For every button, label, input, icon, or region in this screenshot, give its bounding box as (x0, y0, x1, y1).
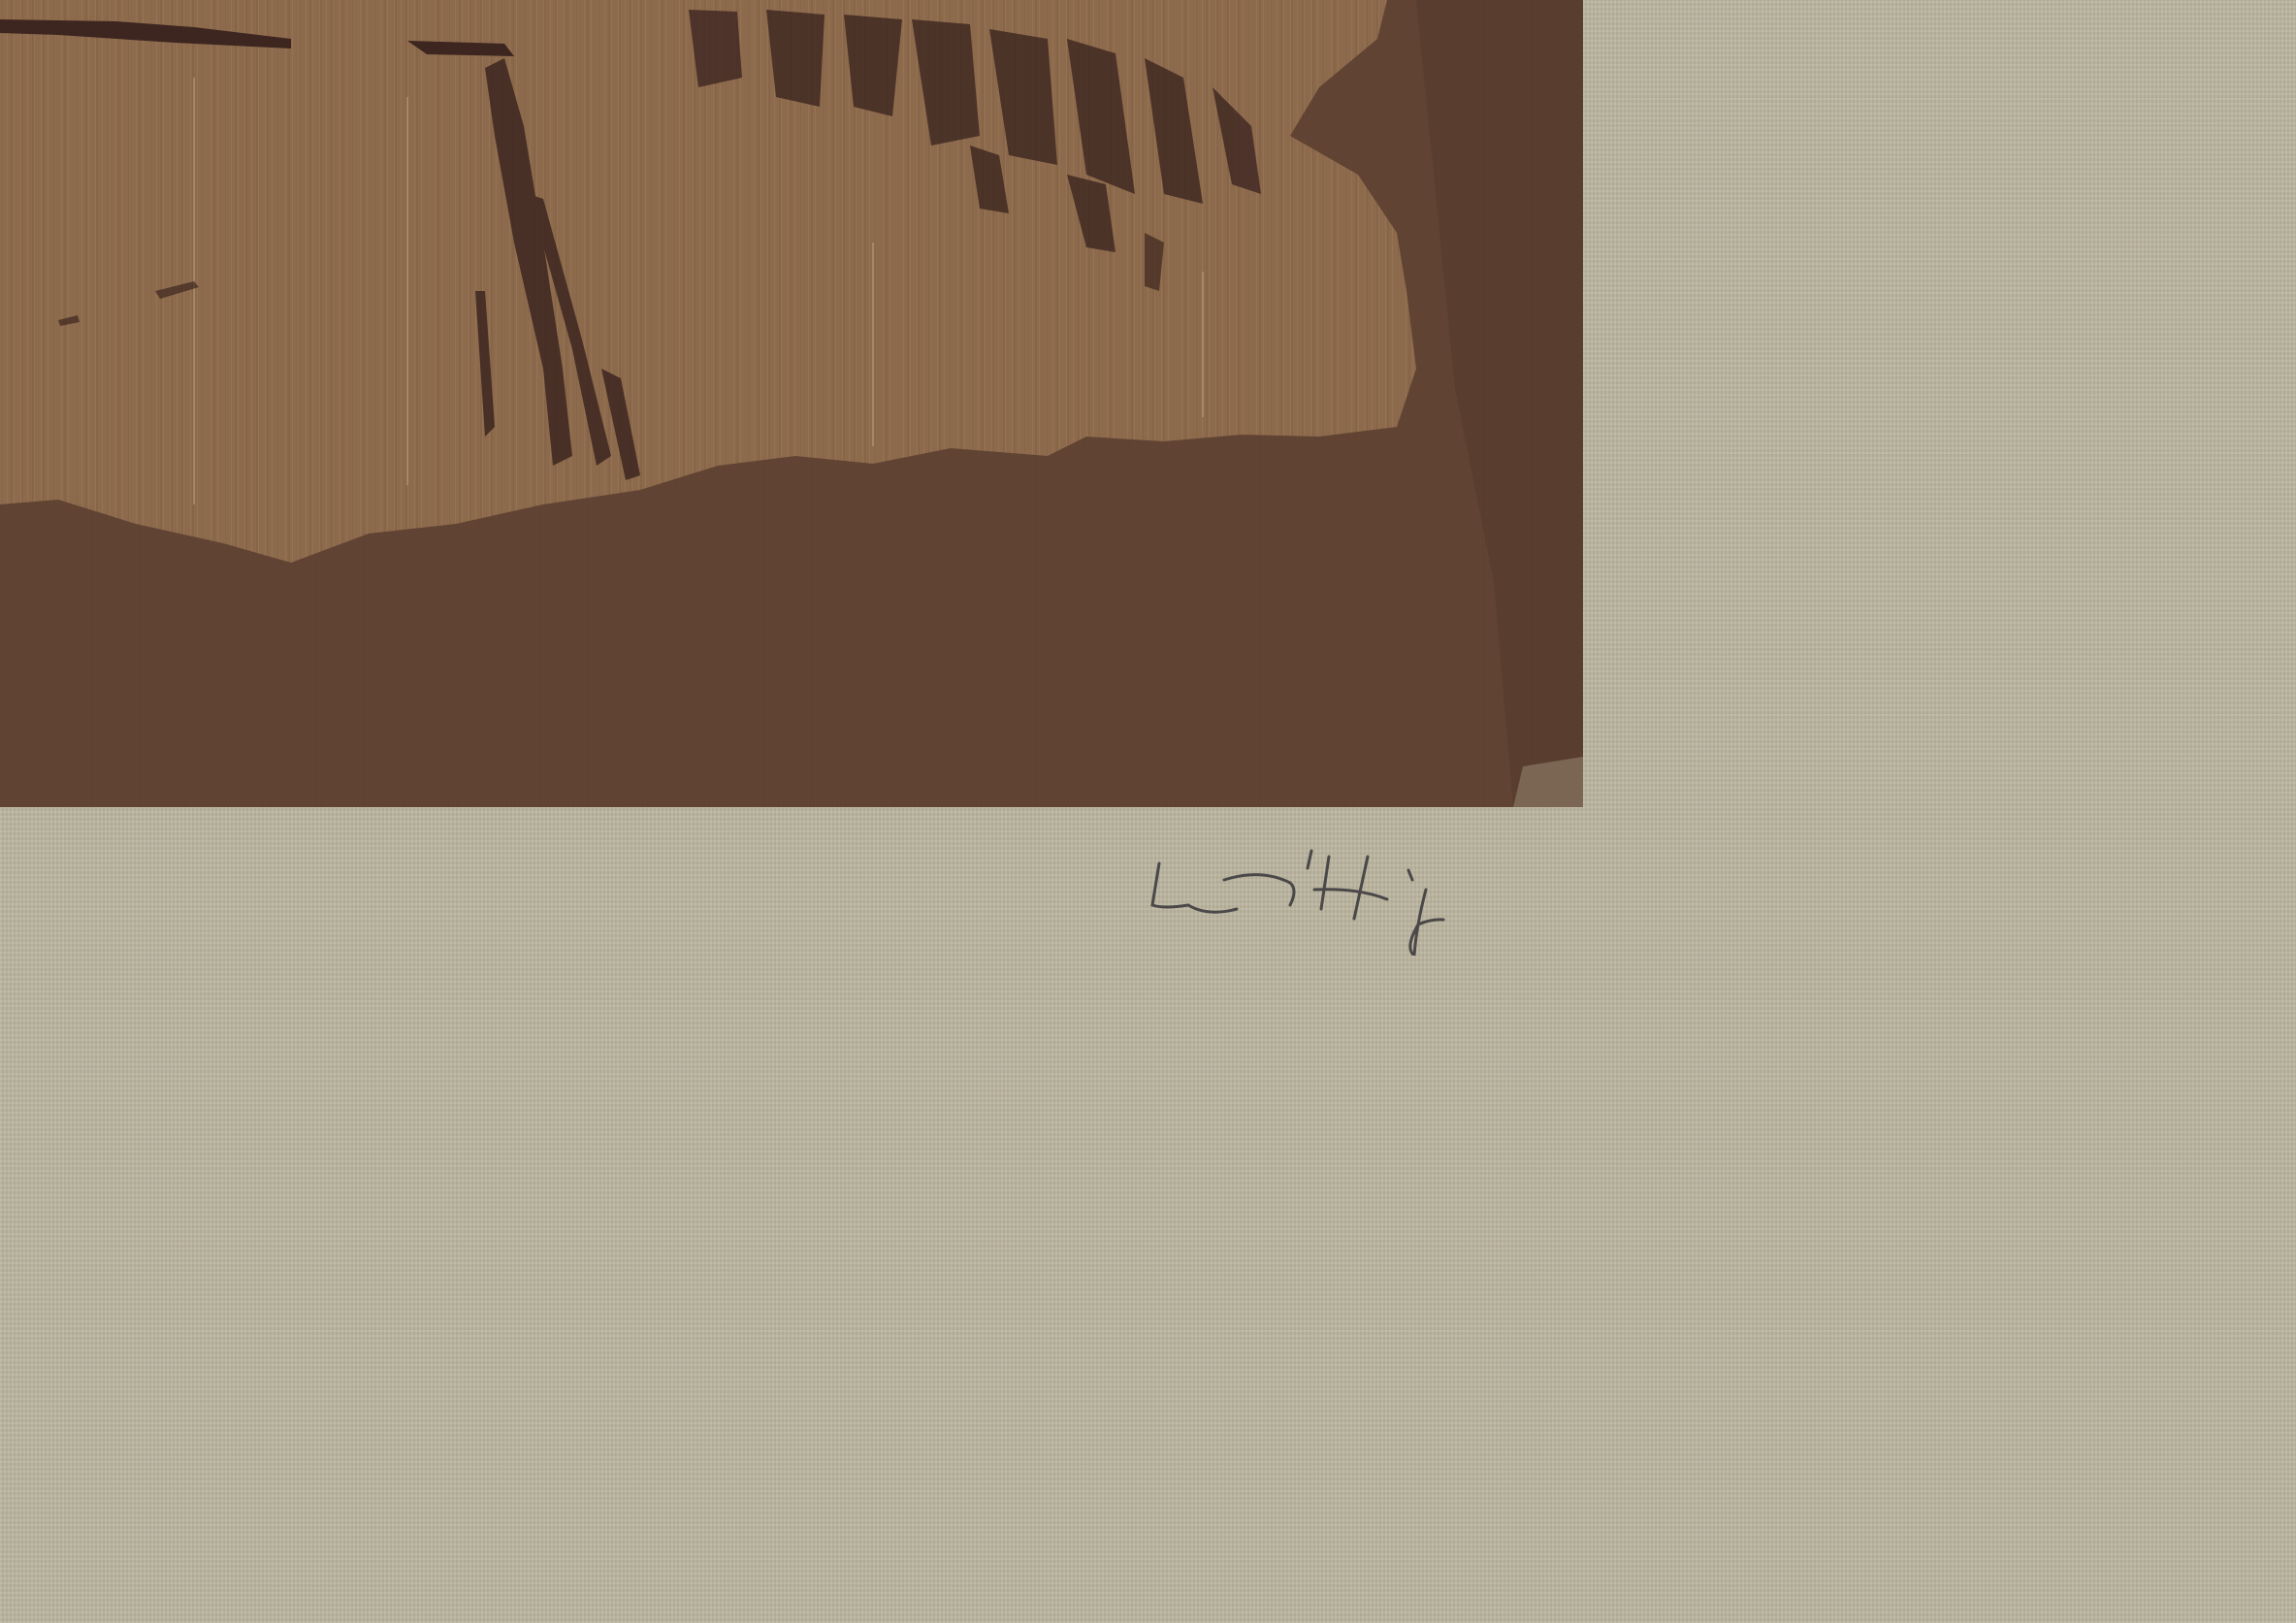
artist-signature: Wittig (1135, 829, 1455, 956)
signature-mark (1135, 829, 1455, 956)
plate-artwork (0, 0, 1583, 807)
printed-plate (0, 0, 1583, 807)
